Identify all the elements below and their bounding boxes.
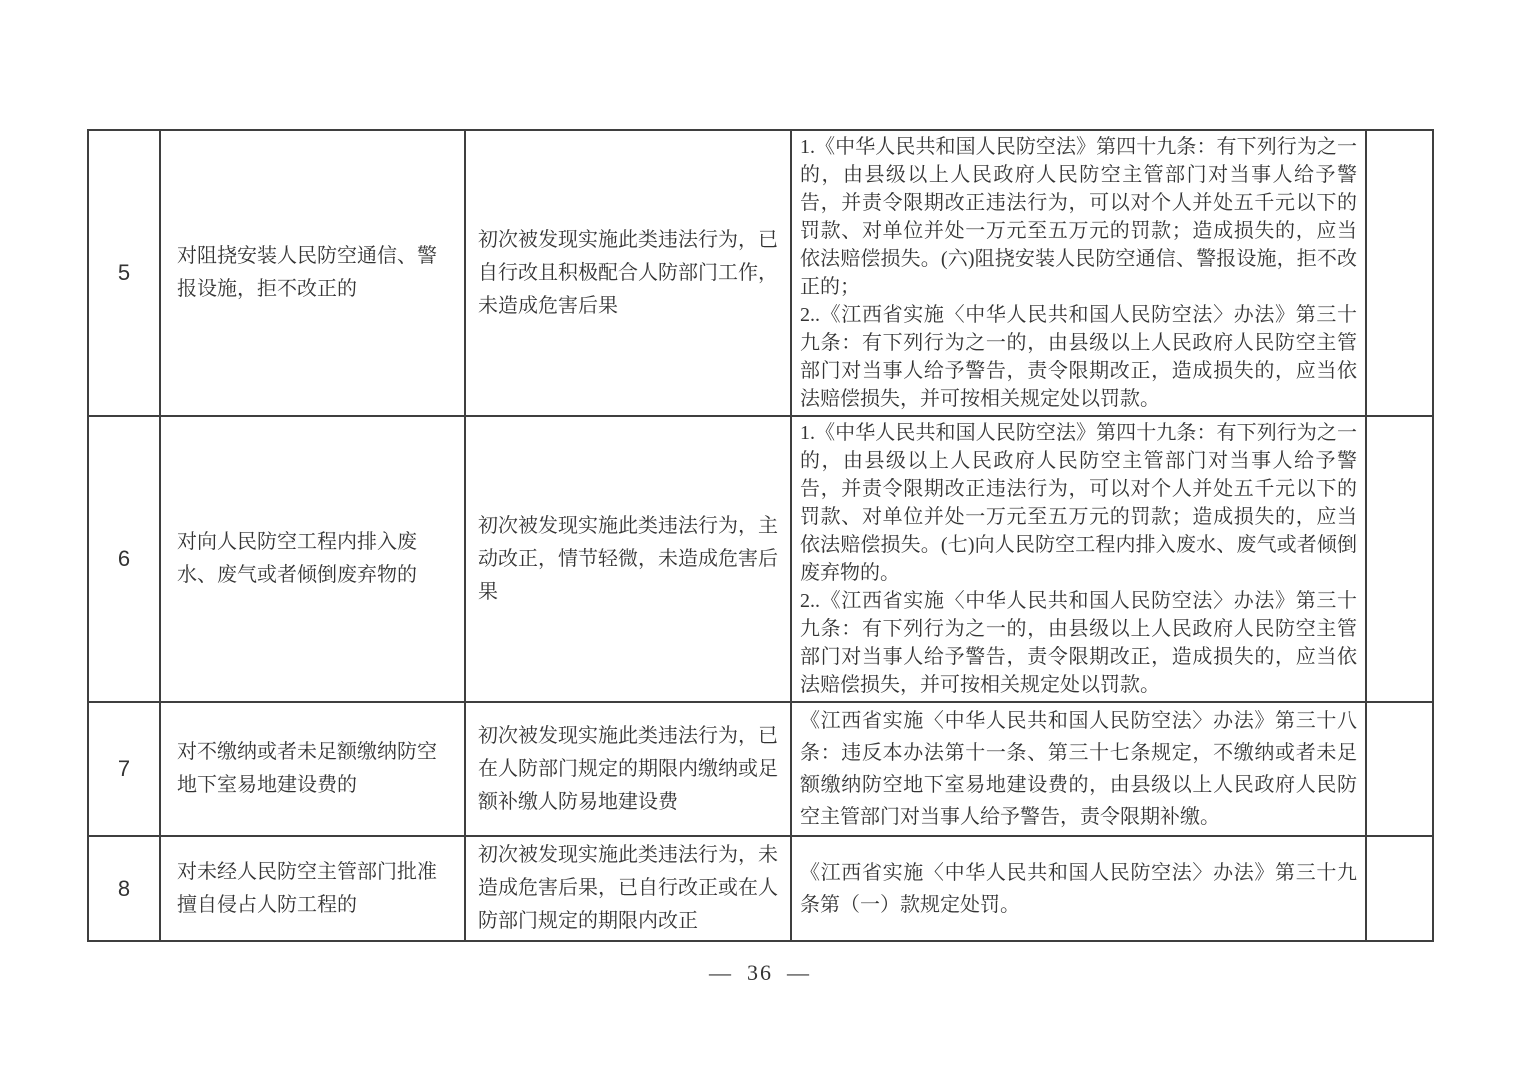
circumstance-cell: 初次被发现实施此类违法行为，已自行改且积极配合人防部门工作，未造成危害后果 [465, 130, 791, 416]
legal-basis-paragraph: 2..《江西省实施〈中华人民共和国人民防空法〉办法》第三十九条：有下列行为之一的… [800, 587, 1357, 699]
row-number: 8 [88, 836, 160, 941]
circumstance-cell: 初次被发现实施此类违法行为，主动改正，情节轻微，未造成危害后果 [465, 416, 791, 702]
violation-cell: 对不缴纳或者未足额缴纳防空地下室易地建设费的 [160, 702, 465, 836]
legal-basis-paragraph: 1.《中华人民共和国人民防空法》第四十九条：有下列行为之一的，由县级以上人民政府… [800, 133, 1357, 301]
table-row: 5 对阻挠安装人民防空通信、警报设施，拒不改正的 初次被发现实施此类违法行为，已… [88, 130, 1433, 416]
circumstance-cell: 初次被发现实施此类违法行为，已在人防部门规定的期限内缴纳或足额补缴人防易地建设费 [465, 702, 791, 836]
violation-cell: 对未经人民防空主管部门批准擅自侵占人防工程的 [160, 836, 465, 941]
row-number: 6 [88, 416, 160, 702]
remark-cell [1366, 702, 1433, 836]
legal-basis-paragraph: 2..《江西省实施〈中华人民共和国人民防空法〉办法》第三十九条：有下列行为之一的… [800, 301, 1357, 413]
legal-basis-paragraph: 1.《中华人民共和国人民防空法》第四十九条：有下列行为之一的，由县级以上人民政府… [800, 419, 1357, 587]
legal-basis-cell: 《江西省实施〈中华人民共和国人民防空法〉办法》第三十九条第（一）款规定处罚。 [791, 836, 1366, 941]
page-number-dash-left: — [709, 960, 733, 986]
table-row: 8 对未经人民防空主管部门批准擅自侵占人防工程的 初次被发现实施此类违法行为，未… [88, 836, 1433, 941]
violation-cell: 对阻挠安装人民防空通信、警报设施，拒不改正的 [160, 130, 465, 416]
page-number-value: 36 [747, 960, 773, 985]
remark-cell [1366, 130, 1433, 416]
penalty-rule-table: 5 对阻挠安装人民防空通信、警报设施，拒不改正的 初次被发现实施此类违法行为，已… [87, 129, 1434, 942]
remark-cell [1366, 416, 1433, 702]
table-row: 7 对不缴纳或者未足额缴纳防空地下室易地建设费的 初次被发现实施此类违法行为，已… [88, 702, 1433, 836]
remark-cell [1366, 836, 1433, 941]
legal-basis-cell: 1.《中华人民共和国人民防空法》第四十九条：有下列行为之一的，由县级以上人民政府… [791, 416, 1366, 702]
row-number: 7 [88, 702, 160, 836]
document-page: 5 对阻挠安装人民防空通信、警报设施，拒不改正的 初次被发现实施此类违法行为，已… [0, 0, 1520, 1074]
legal-basis-paragraph: 《江西省实施〈中华人民共和国人民防空法〉办法》第三十九条第（一）款规定处罚。 [800, 857, 1357, 921]
table-row: 6 对向人民防空工程内排入废水、废气或者倾倒废弃物的 初次被发现实施此类违法行为… [88, 416, 1433, 702]
violation-cell: 对向人民防空工程内排入废水、废气或者倾倒废弃物的 [160, 416, 465, 702]
circumstance-cell: 初次被发现实施此类违法行为，未造成危害后果，已自行改正或在人防部门规定的期限内改… [465, 836, 791, 941]
page-number-dash-right: — [787, 960, 811, 986]
page-number: —36— [0, 960, 1520, 986]
legal-basis-paragraph: 《江西省实施〈中华人民共和国人民防空法〉办法》第三十八条：违反本办法第十一条、第… [800, 705, 1357, 833]
legal-basis-cell: 《江西省实施〈中华人民共和国人民防空法〉办法》第三十八条：违反本办法第十一条、第… [791, 702, 1366, 836]
row-number: 5 [88, 130, 160, 416]
legal-basis-cell: 1.《中华人民共和国人民防空法》第四十九条：有下列行为之一的，由县级以上人民政府… [791, 130, 1366, 416]
